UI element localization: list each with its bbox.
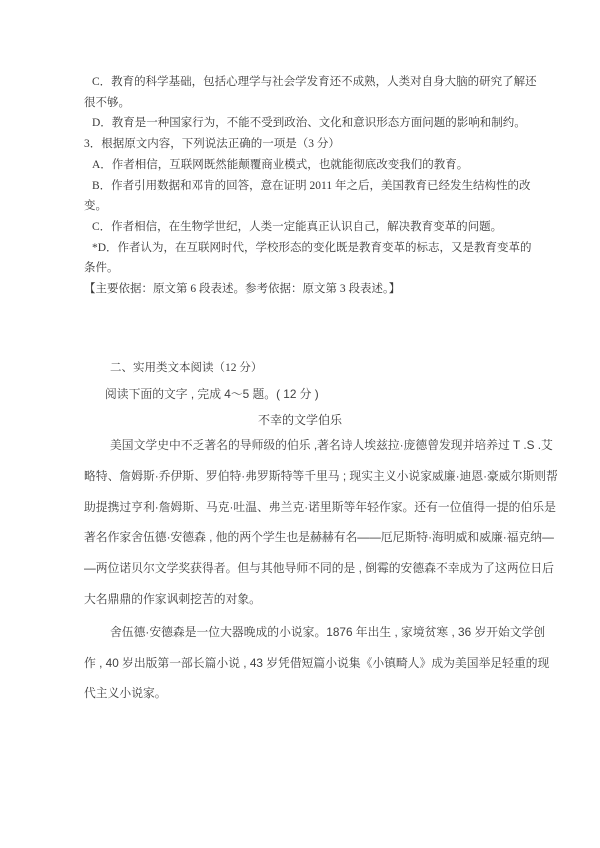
question-block: C．教育的科学基础，包括心理学与社会学发育还不成熟，人类对自身大脑的研究了解还 … [84, 72, 524, 300]
option-line-c3: C．作者相信，在生物学世纪，人类一定能真正认识自己，解决教育变革的问题。 [84, 217, 524, 238]
paragraph1-line: 助提携过亨利·詹姆斯、马克·吐温、弗兰克·诺里斯等年轻作家。还有一位值得一提的伯… [84, 492, 524, 523]
option-line-b3-part1: B．作者引用数据和邓肯的回答，意在证明 2011 年之后，美国教育已经发生结构性… [84, 176, 524, 197]
reading-section: 二、实用类文本阅读（12 分） 阅读下面的文字 , 完成 4～5 题。( 12 … [84, 360, 524, 709]
passage-title: 不幸的文学伯乐 [84, 412, 516, 429]
paragraph1-line: 著名作家舍伍德·安德森 , 他的两个学生也是赫赫有名——厄尼斯特·海明威和威廉·… [84, 522, 524, 553]
option-line-a3: A．作者相信，互联网既然能颠覆商业模式，也就能彻底改变我们的教育。 [84, 155, 524, 176]
paragraph1-line: 大名鼎鼎的作家讽刺挖苦的对象。 [84, 584, 524, 615]
paragraph1-line: 略特、詹姆斯·乔伊斯、罗伯特·弗罗斯特等千里马 ; 现实主义小说家威廉·迪恩·豪… [84, 461, 524, 492]
paragraph2-line: 作 , 40 岁出版第一部长篇小说 , 43 岁凭借短篇小说集《小镇畸人》成为美… [84, 648, 524, 679]
option-line-d3-part1: *D．作者认为，在互联网时代，学校形态的变化既是教育变革的标志，又是教育变革的 [84, 238, 524, 259]
paragraph2-line: 代主义小说家。 [84, 678, 524, 709]
document-page: C．教育的科学基础，包括心理学与社会学发育还不成熟，人类对自身大脑的研究了解还 … [0, 0, 600, 848]
option-line-b3-part2: 变。 [84, 196, 524, 217]
reading-instruction: 阅读下面的文字 , 完成 4～5 题。( 12 分 ) [84, 386, 524, 403]
answer-basis-note: 【主要依据：原文第 6 段表述。参考依据：原文第 3 段表述。】 [84, 279, 524, 300]
option-line-d3-part2: 条件。 [84, 258, 524, 279]
section-heading: 二、实用类文本阅读（12 分） [84, 360, 524, 376]
option-line-c2-part1: C．教育的科学基础，包括心理学与社会学发育还不成熟，人类对自身大脑的研究了解还 [84, 72, 524, 93]
passage-paragraph-1: 美国文学史中不乏著名的导师级的伯乐 ,著名诗人埃兹拉·庞德曾发现并培养过 T .… [84, 430, 524, 615]
paragraph1-line: 美国文学史中不乏著名的导师级的伯乐 ,著名诗人埃兹拉·庞德曾发现并培养过 T .… [84, 430, 524, 461]
option-line-c2-part2: 很不够。 [84, 93, 524, 114]
paragraph1-line: —两位诺贝尔文学奖获得者。但与其他导师不同的是 , 倒霉的安德森不幸成为了这两位… [84, 553, 524, 584]
passage-paragraph-2: 舍伍德·安德森是一位大器晚成的小说家。1876 年出生 , 家境贫寒 , 36 … [84, 617, 524, 709]
paragraph2-line: 舍伍德·安德森是一位大器晚成的小说家。1876 年出生 , 家境贫寒 , 36 … [84, 617, 524, 648]
question-3-stem: 3．根据原文内容，下列说法正确的一项是（3 分） [84, 134, 524, 155]
option-line-d2: D．教育是一种国家行为，不能不受到政治、文化和意识形态方面问题的影响和制约。 [84, 113, 524, 134]
